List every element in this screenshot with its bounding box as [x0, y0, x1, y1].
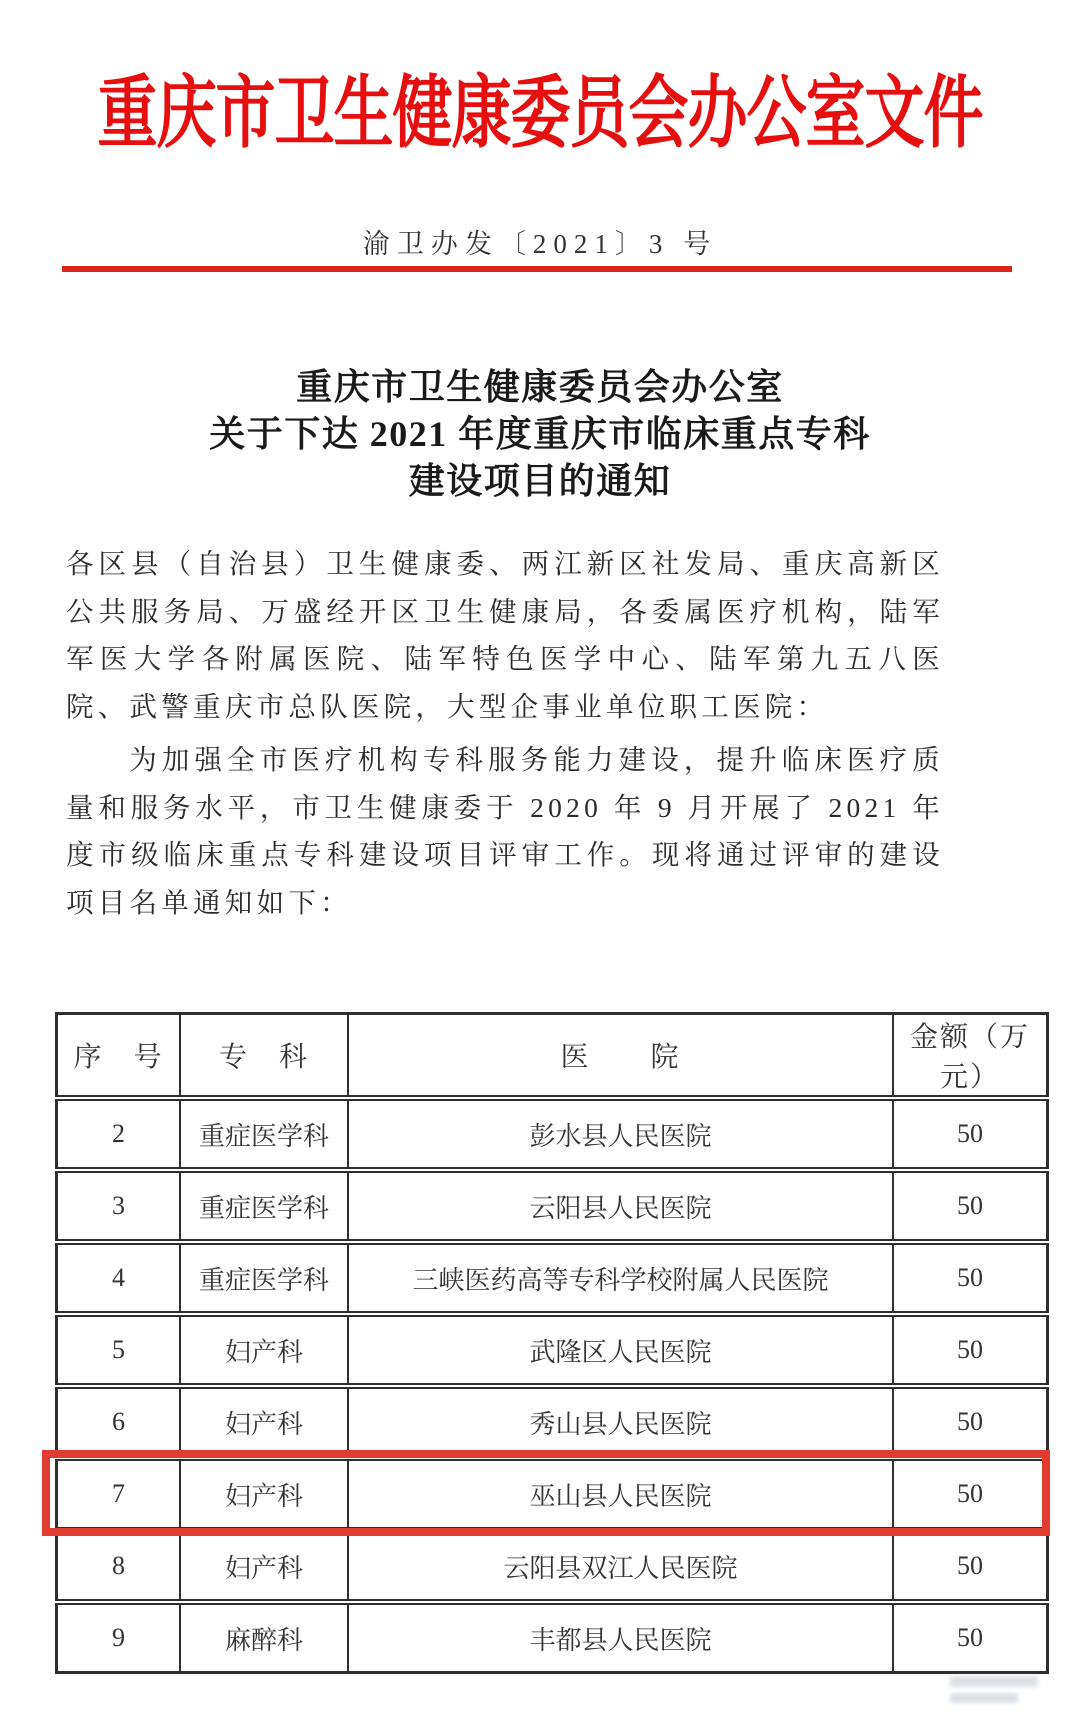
document-number: 渝卫办发〔2021〕3 号 — [0, 222, 1080, 261]
cell-specialty: 重症医学科 — [180, 1170, 348, 1242]
table-row: 7 妇产科 巫山县人民医院 50 — [57, 1458, 1048, 1530]
projects-table-wrapper: 序 号 专 科 医 院 金额（万元） 2 重症医学科 彭水县人民医院 50 3 … — [55, 1012, 1037, 1674]
cell-hospital: 三峡医药高等专科学校附属人民医院 — [348, 1242, 893, 1314]
cell-specialty: 妇产科 — [180, 1386, 348, 1458]
col-header-hospital: 医 院 — [348, 1014, 893, 1099]
table-row: 9 麻醉科 丰都县人民医院 50 — [57, 1602, 1048, 1673]
cell-serial: 9 — [57, 1602, 181, 1673]
cell-specialty: 重症医学科 — [180, 1098, 348, 1170]
table-row: 4 重症医学科 三峡医药高等专科学校附属人民医院 50 — [57, 1242, 1048, 1314]
table-header-row: 序 号 专 科 医 院 金额（万元） — [57, 1014, 1048, 1099]
cell-hospital: 秀山县人民医院 — [348, 1386, 893, 1458]
cell-hospital: 云阳县人民医院 — [348, 1170, 893, 1242]
cell-specialty: 重症医学科 — [180, 1242, 348, 1314]
cell-amount: 50 — [893, 1458, 1048, 1530]
red-divider-rule — [62, 266, 1012, 272]
cell-serial: 8 — [57, 1530, 181, 1602]
cell-hospital: 武隆区人民医院 — [348, 1314, 893, 1386]
notice-body: 各区县（自治县）卫生健康委、两江新区社发局、重庆高新区公共服务局、万盛经开区卫生… — [66, 540, 944, 926]
notice-title-line-2: 关于下达 2021 年度重庆市临床重点专科 — [0, 411, 1080, 458]
watermark-smudge — [950, 1693, 1018, 1703]
notice-title-line-1: 重庆市卫生健康委员会办公室 — [0, 364, 1080, 411]
watermark-smudge — [950, 1676, 1038, 1687]
cell-serial: 4 — [57, 1242, 181, 1314]
cell-amount: 50 — [893, 1602, 1048, 1673]
table-row: 5 妇产科 武隆区人民医院 50 — [57, 1314, 1048, 1386]
cell-amount: 50 — [893, 1314, 1048, 1386]
letterhead-title-text: 重庆市卫生健康委员会办公室文件 — [98, 50, 983, 164]
table-row: 2 重症医学科 彭水县人民医院 50 — [57, 1098, 1048, 1170]
cell-specialty: 妇产科 — [180, 1458, 348, 1530]
document-page: 重庆市卫生健康委员会办公室文件 渝卫办发〔2021〕3 号 重庆市卫生健康委员会… — [0, 0, 1080, 1712]
col-header-specialty: 专 科 — [180, 1014, 348, 1099]
cell-hospital: 巫山县人民医院 — [348, 1458, 893, 1530]
notice-title-line-3: 建设项目的通知 — [0, 458, 1080, 505]
notice-title: 重庆市卫生健康委员会办公室 关于下达 2021 年度重庆市临床重点专科 建设项目… — [0, 364, 1080, 505]
intro-paragraph: 为加强全市医疗机构专科服务能力建设，提升临床医疗质量和服务水平，市卫生健康委于 … — [66, 736, 944, 926]
table-row: 6 妇产科 秀山县人民医院 50 — [57, 1386, 1048, 1458]
cell-amount: 50 — [893, 1098, 1048, 1170]
cell-specialty: 麻醉科 — [180, 1602, 348, 1673]
table-row: 8 妇产科 云阳县双江人民医院 50 — [57, 1530, 1048, 1602]
cell-serial: 2 — [57, 1098, 181, 1170]
projects-table: 序 号 专 科 医 院 金额（万元） 2 重症医学科 彭水县人民医院 50 3 … — [55, 1012, 1049, 1674]
addressee-paragraph: 各区县（自治县）卫生健康委、两江新区社发局、重庆高新区公共服务局、万盛经开区卫生… — [66, 540, 944, 730]
cell-serial: 5 — [57, 1314, 181, 1386]
cell-hospital: 丰都县人民医院 — [348, 1602, 893, 1673]
cell-serial: 3 — [57, 1170, 181, 1242]
cell-amount: 50 — [893, 1242, 1048, 1314]
cell-hospital: 彭水县人民医院 — [348, 1098, 893, 1170]
cell-specialty: 妇产科 — [180, 1314, 348, 1386]
cell-specialty: 妇产科 — [180, 1530, 348, 1602]
col-header-amount: 金额（万元） — [893, 1014, 1048, 1099]
cell-serial: 7 — [57, 1458, 181, 1530]
col-header-serial: 序 号 — [57, 1014, 181, 1099]
cell-amount: 50 — [893, 1530, 1048, 1602]
table-row: 3 重症医学科 云阳县人民医院 50 — [57, 1170, 1048, 1242]
cell-hospital: 云阳县双江人民医院 — [348, 1530, 893, 1602]
cell-amount: 50 — [893, 1386, 1048, 1458]
letterhead-title: 重庆市卫生健康委员会办公室文件 — [0, 50, 1080, 136]
cell-amount: 50 — [893, 1170, 1048, 1242]
cell-serial: 6 — [57, 1386, 181, 1458]
